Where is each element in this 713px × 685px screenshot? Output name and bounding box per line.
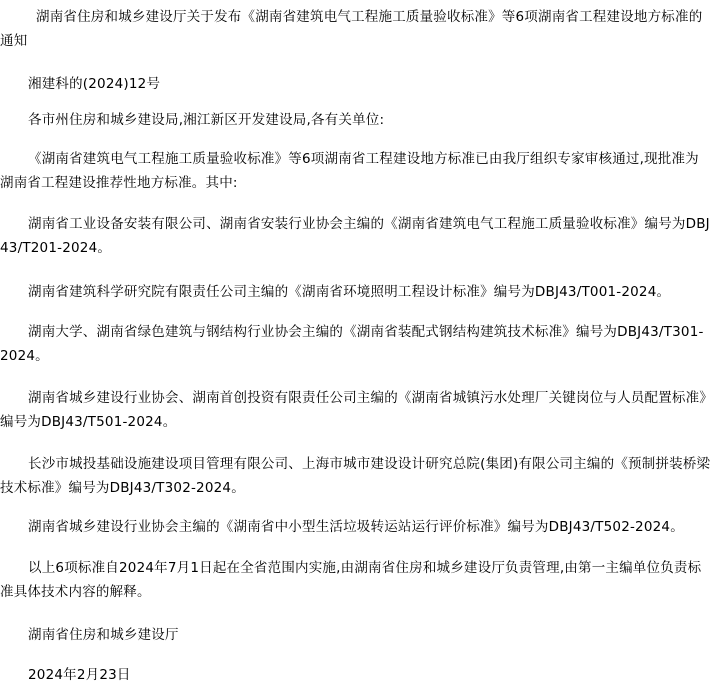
closing-paragraph: 以上6项标准自2024年7月1日起在全省范围内实施,由湖南省住房和城乡建设厅负责… xyxy=(0,556,712,604)
intro-paragraph: 《湖南省建筑电气工程施工质量验收标准》等6项湖南省工程建设地方标准已由我厅组织专… xyxy=(0,147,712,195)
issuer-name: 湖南省住房和城乡建设厅 xyxy=(0,623,712,647)
standard-item: 湖南省城乡建设行业协会、湖南首创投资有限责任公司主编的《湖南省城镇污水处理厂关键… xyxy=(0,386,712,434)
standard-item: 长沙市城投基础设施建设项目管理有限公司、上海市城市建设设计研究总院(集团)有限公… xyxy=(0,452,712,500)
addressee: 各市州住房和城乡建设局,湘江新区开发建设局,各有关单位: xyxy=(0,108,712,132)
standard-item: 湖南省城乡建设行业协会主编的《湖南省中小型生活垃圾转运站运行评价标准》编号为DB… xyxy=(0,515,712,539)
standard-item: 湖南省工业设备安装有限公司、湖南省安装行业协会主编的《湖南省建筑电气工程施工质量… xyxy=(0,212,712,260)
document-number: 湘建科的(2024)12号 xyxy=(0,72,712,96)
standard-item: 湖南大学、湖南省绿色建筑与钢结构行业协会主编的《湖南省装配式钢结构建筑技术标准》… xyxy=(0,320,712,368)
issue-date: 2024年2月23日 xyxy=(0,663,712,685)
notice-title: 湖南省住房和城乡建设厅关于发布《湖南省建筑电气工程施工质量验收标准》等6项湖南省… xyxy=(0,5,712,53)
standard-item: 湖南省建筑科学研究院有限责任公司主编的《湖南省环境照明工程设计标准》编号为DBJ… xyxy=(0,280,712,304)
